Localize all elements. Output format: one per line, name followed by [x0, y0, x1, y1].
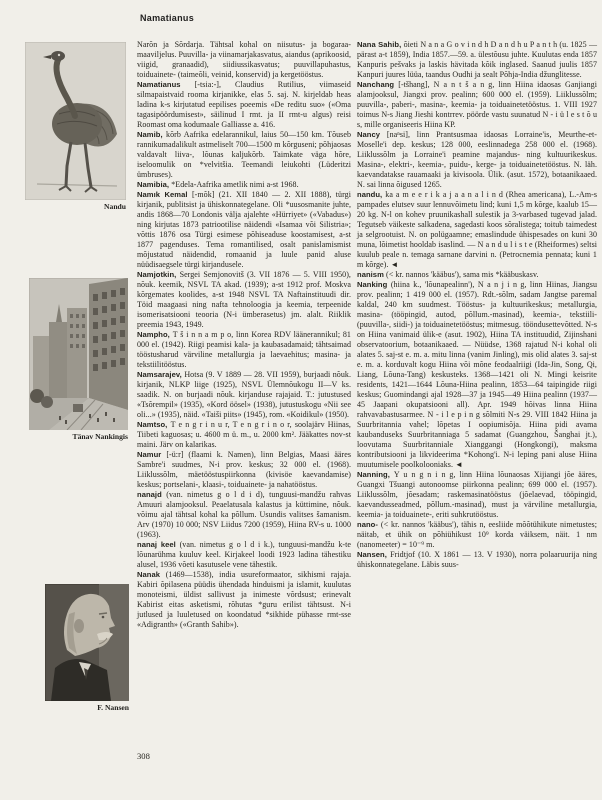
- entry-headword: Nanchang: [357, 80, 398, 89]
- running-head: Namatianus: [140, 13, 194, 23]
- text-column-right: Nana Sahib, õieti N a n a G o v i n d h …: [357, 40, 597, 570]
- page-number: 308: [137, 751, 150, 761]
- entry-headword: nanajd: [137, 490, 166, 499]
- entry-headword: Nanak: [137, 570, 166, 579]
- encyclopedia-entry: Namık Kemal [-mõk] (21. XII 1840 — 2. XI…: [137, 190, 351, 270]
- nandu-figure: Nandu: [25, 42, 126, 200]
- entry-headword: Namtso,: [137, 420, 171, 429]
- entry-headword: Namsarajev,: [137, 370, 184, 379]
- encyclopedia-entry: Namibia, *Edela-Aafrika ametlik nimi a-s…: [137, 180, 351, 190]
- entry-headword: nanaj keel: [137, 540, 180, 549]
- entry-headword: Nanking: [357, 280, 391, 289]
- encyclopedia-entry: Namtso, T e n g r i n u r, T e n g r i n…: [137, 420, 351, 450]
- text-column-left: Narõn ja Sõrdarja. Tähtsal kohal on niis…: [137, 40, 351, 630]
- encyclopedia-entry: Namatianus [-tsia:-], Claudius Rutilius,…: [137, 80, 351, 130]
- entry-headword: nano-: [357, 520, 381, 529]
- entry-headword: Namibia,: [137, 180, 171, 189]
- encyclopedia-entry: Nampho, T š i n n a m p o, linn Korea RD…: [137, 330, 351, 370]
- encyclopedia-entry: Nansen, Fridtjof (10. X 1861 — 13. V 193…: [357, 550, 597, 570]
- encyclopedia-entry: Nanchang [-tšhang], N a n t š a n g, lin…: [357, 80, 597, 130]
- entry-headword: Namatianus: [137, 80, 195, 89]
- nandu-bird-image: [25, 42, 126, 200]
- encyclopedia-entry: Nanning, Y u n g n i n g, linn Hiina lõu…: [357, 470, 597, 520]
- nansen-caption: F. Nansen: [10, 703, 129, 712]
- encyclopedia-entry: nanaj keel (van. nimetus g o l d i k.), …: [137, 540, 351, 570]
- encyclopedia-entry: Namjotkin, Sergei Semjonovitš (3. VII 18…: [137, 270, 351, 330]
- encyclopedia-entry: Nanking (hiina k., 'lõunapealinn'), N a …: [357, 280, 597, 470]
- entry-headword: nandu,: [357, 190, 385, 199]
- entry-headword: Nancy: [357, 130, 387, 139]
- entry-headword: Namjotkin,: [137, 270, 180, 279]
- entry-headword: nanism: [357, 270, 386, 279]
- encyclopedia-entry: Nancy [naⁿsi], linn Prantsusmaa idaosas …: [357, 130, 597, 190]
- encyclopedia-entry: Namsarajev, Hotsa (9. V 1889 — 28. VII 1…: [137, 370, 351, 420]
- nanking-street-caption: Tänav Nankingis: [10, 432, 128, 441]
- entry-headword: Nana Sahib,: [357, 40, 404, 49]
- encyclopedia-entry: nanajd (van. nimetus g o l d i d), tungu…: [137, 490, 351, 540]
- encyclopedia-entry: Namur [-ü:r] (flaami k. Namen), linn Bel…: [137, 450, 351, 490]
- encyclopedia-entry: Nana Sahib, õieti N a n a G o v i n d h …: [357, 40, 597, 80]
- encyclopedia-entry: Nanak (1469—1538), india usureformaator,…: [137, 570, 351, 630]
- encyclopedia-page: Namatianus Nandu: [0, 0, 602, 800]
- entry-headword: Namık Kemal: [137, 190, 192, 199]
- encyclopedia-entry: nano- (< kr. nannos 'kääbus'), tähis n, …: [357, 520, 597, 550]
- nanking-street-image: [29, 278, 128, 430]
- encyclopedia-entry: Narõn ja Sõrdarja. Tähtsal kohal on niis…: [137, 40, 351, 80]
- nandu-caption: Nandu: [25, 202, 126, 211]
- encyclopedia-entry: nandu, ka a m e e r i k a j a a n a l i …: [357, 190, 597, 270]
- nansen-portrait-image: [45, 584, 129, 701]
- entry-headword: Namur: [137, 450, 166, 459]
- encyclopedia-entry: Namib, kõrb Aafrika edelarannikul, laius…: [137, 130, 351, 180]
- encyclopedia-entry: nanism (< kr. nannos 'kääbus'), sama mis…: [357, 270, 597, 280]
- nanking-street-figure: Tänav Nankingis: [29, 278, 128, 430]
- entry-headword: Namib,: [137, 130, 166, 139]
- entry-headword: Nansen,: [357, 550, 390, 559]
- nansen-figure: F. Nansen: [45, 584, 129, 701]
- entry-headword: Nampho,: [137, 330, 173, 339]
- entry-headword: Nanning,: [357, 470, 394, 479]
